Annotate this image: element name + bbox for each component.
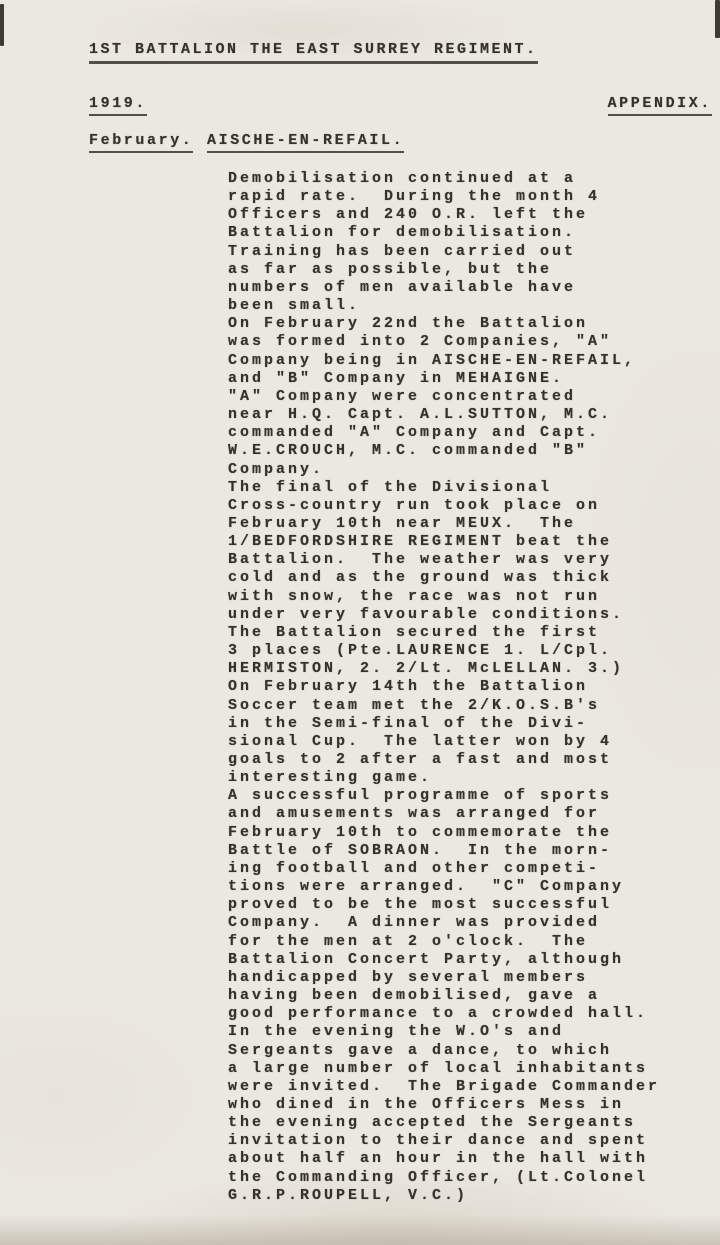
year-label: 1919. (89, 96, 147, 116)
page-title: 1ST BATTALION THE EAST SURREY REGIMENT. (89, 42, 538, 64)
scan-artifact-top-left (0, 4, 4, 46)
diary-body-text: Demobilisation continued at a rapid rate… (228, 170, 688, 1205)
month-label-text: February. (89, 133, 193, 153)
appendix-label-text: APPENDIX. (608, 96, 712, 116)
location-heading-text: AISCHE-EN-REFAIL. (207, 133, 404, 153)
page-title-text: 1ST BATTALION THE EAST SURREY REGIMENT. (89, 42, 538, 64)
year-label-text: 1919. (89, 96, 147, 116)
location-heading: AISCHE-EN-REFAIL. (207, 133, 404, 153)
month-label: February. (89, 133, 193, 153)
scan-artifact-top-right (715, 0, 720, 38)
document-page: 1ST BATTALION THE EAST SURREY REGIMENT. … (0, 0, 720, 1245)
appendix-label: APPENDIX. (608, 96, 712, 116)
